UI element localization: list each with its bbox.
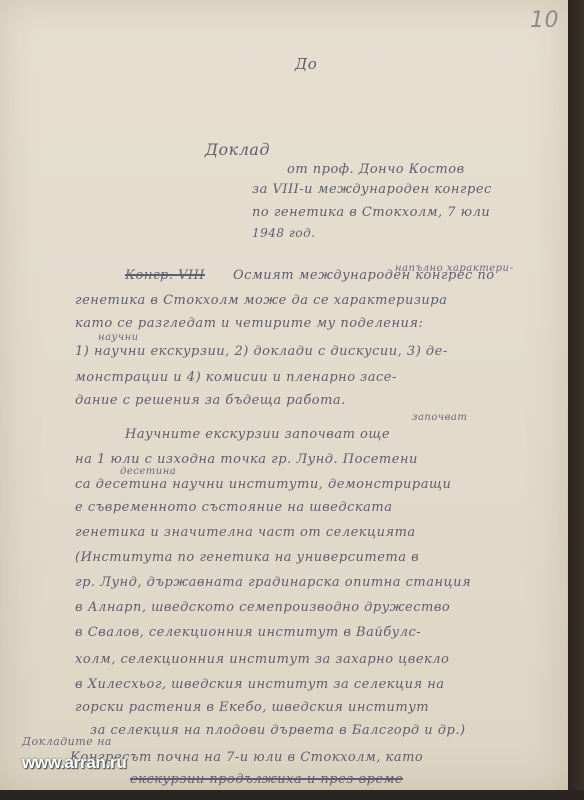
interlinear-insertion: научни: [98, 332, 139, 343]
interlinear-insertion: започват: [412, 412, 467, 423]
subtitle-line: за VIII-и международен конгрес: [252, 182, 492, 197]
paragraph-line: монстрации и 4) комисии и пленарно засе-: [75, 370, 397, 385]
paragraph-line: генетика и значителна част от селекцията: [75, 525, 416, 540]
scan-border-right: [568, 0, 584, 800]
interlinear-insertion: десетина: [120, 466, 176, 477]
scan-border-bottom: [0, 790, 584, 800]
paragraph-line: холм, селекционния институт за захарно ц…: [75, 652, 449, 667]
paragraph-line: в Алнарп, шведското семепроизводно друже…: [75, 600, 450, 615]
paragraph-line: за селекция на плодови дървета в Балсгор…: [90, 723, 466, 738]
paragraph-line: Осмият международен конгрес по: [233, 268, 495, 283]
paragraph-line: гр. Лунд, държавната градинарска опитна …: [75, 575, 471, 590]
paragraph-line: са десетина научни институти, демонстрир…: [75, 477, 451, 492]
paragraph-line-struck: екскурзии продължиха и през време: [130, 772, 403, 787]
paragraph-line: Научните екскурзии започват още: [125, 427, 390, 442]
paragraph-line: като се разгледат и четирите му поделени…: [75, 316, 423, 331]
paragraph-line: в Свалов, селекционния институт в Вайбул…: [75, 625, 421, 640]
paragraph-line: 1) научни екскурзии, 2) доклади с дискус…: [75, 344, 448, 359]
margin-note: Докладите на: [22, 735, 112, 748]
paragraph-line: е съвременното състояние на шведската: [75, 500, 392, 515]
watermark: www.arran.ru: [22, 753, 126, 773]
paragraph-line: генетика в Стокхолм може да се характери…: [75, 293, 447, 308]
paragraph-line: (Института по генетика на университета в: [75, 550, 419, 565]
scanned-document-page: 10 До Доклад от проф. Дончо Костов за VI…: [0, 0, 568, 790]
header-addressee: До: [295, 55, 317, 73]
paragraph-line: в Хилесхьог, шведския институт за селекц…: [75, 677, 445, 692]
paragraph-line: дание с решения за бъдеща работа.: [75, 393, 346, 408]
subtitle-line: от проф. Дончо Костов: [287, 162, 465, 177]
paragraph-line: горски растения в Екебо, шведския инстит…: [75, 700, 429, 715]
subtitle-line: по генетика в Стокхолм, 7 юли: [252, 205, 490, 220]
document-title: Доклад: [205, 140, 270, 159]
subtitle-line: 1948 год.: [252, 226, 316, 240]
page-number: 10: [530, 8, 559, 33]
strikethrough-text: Конгр. VIII: [125, 268, 205, 283]
paragraph-line: на 1 юли с изходна точка гр. Лунд. Посет…: [75, 452, 418, 467]
